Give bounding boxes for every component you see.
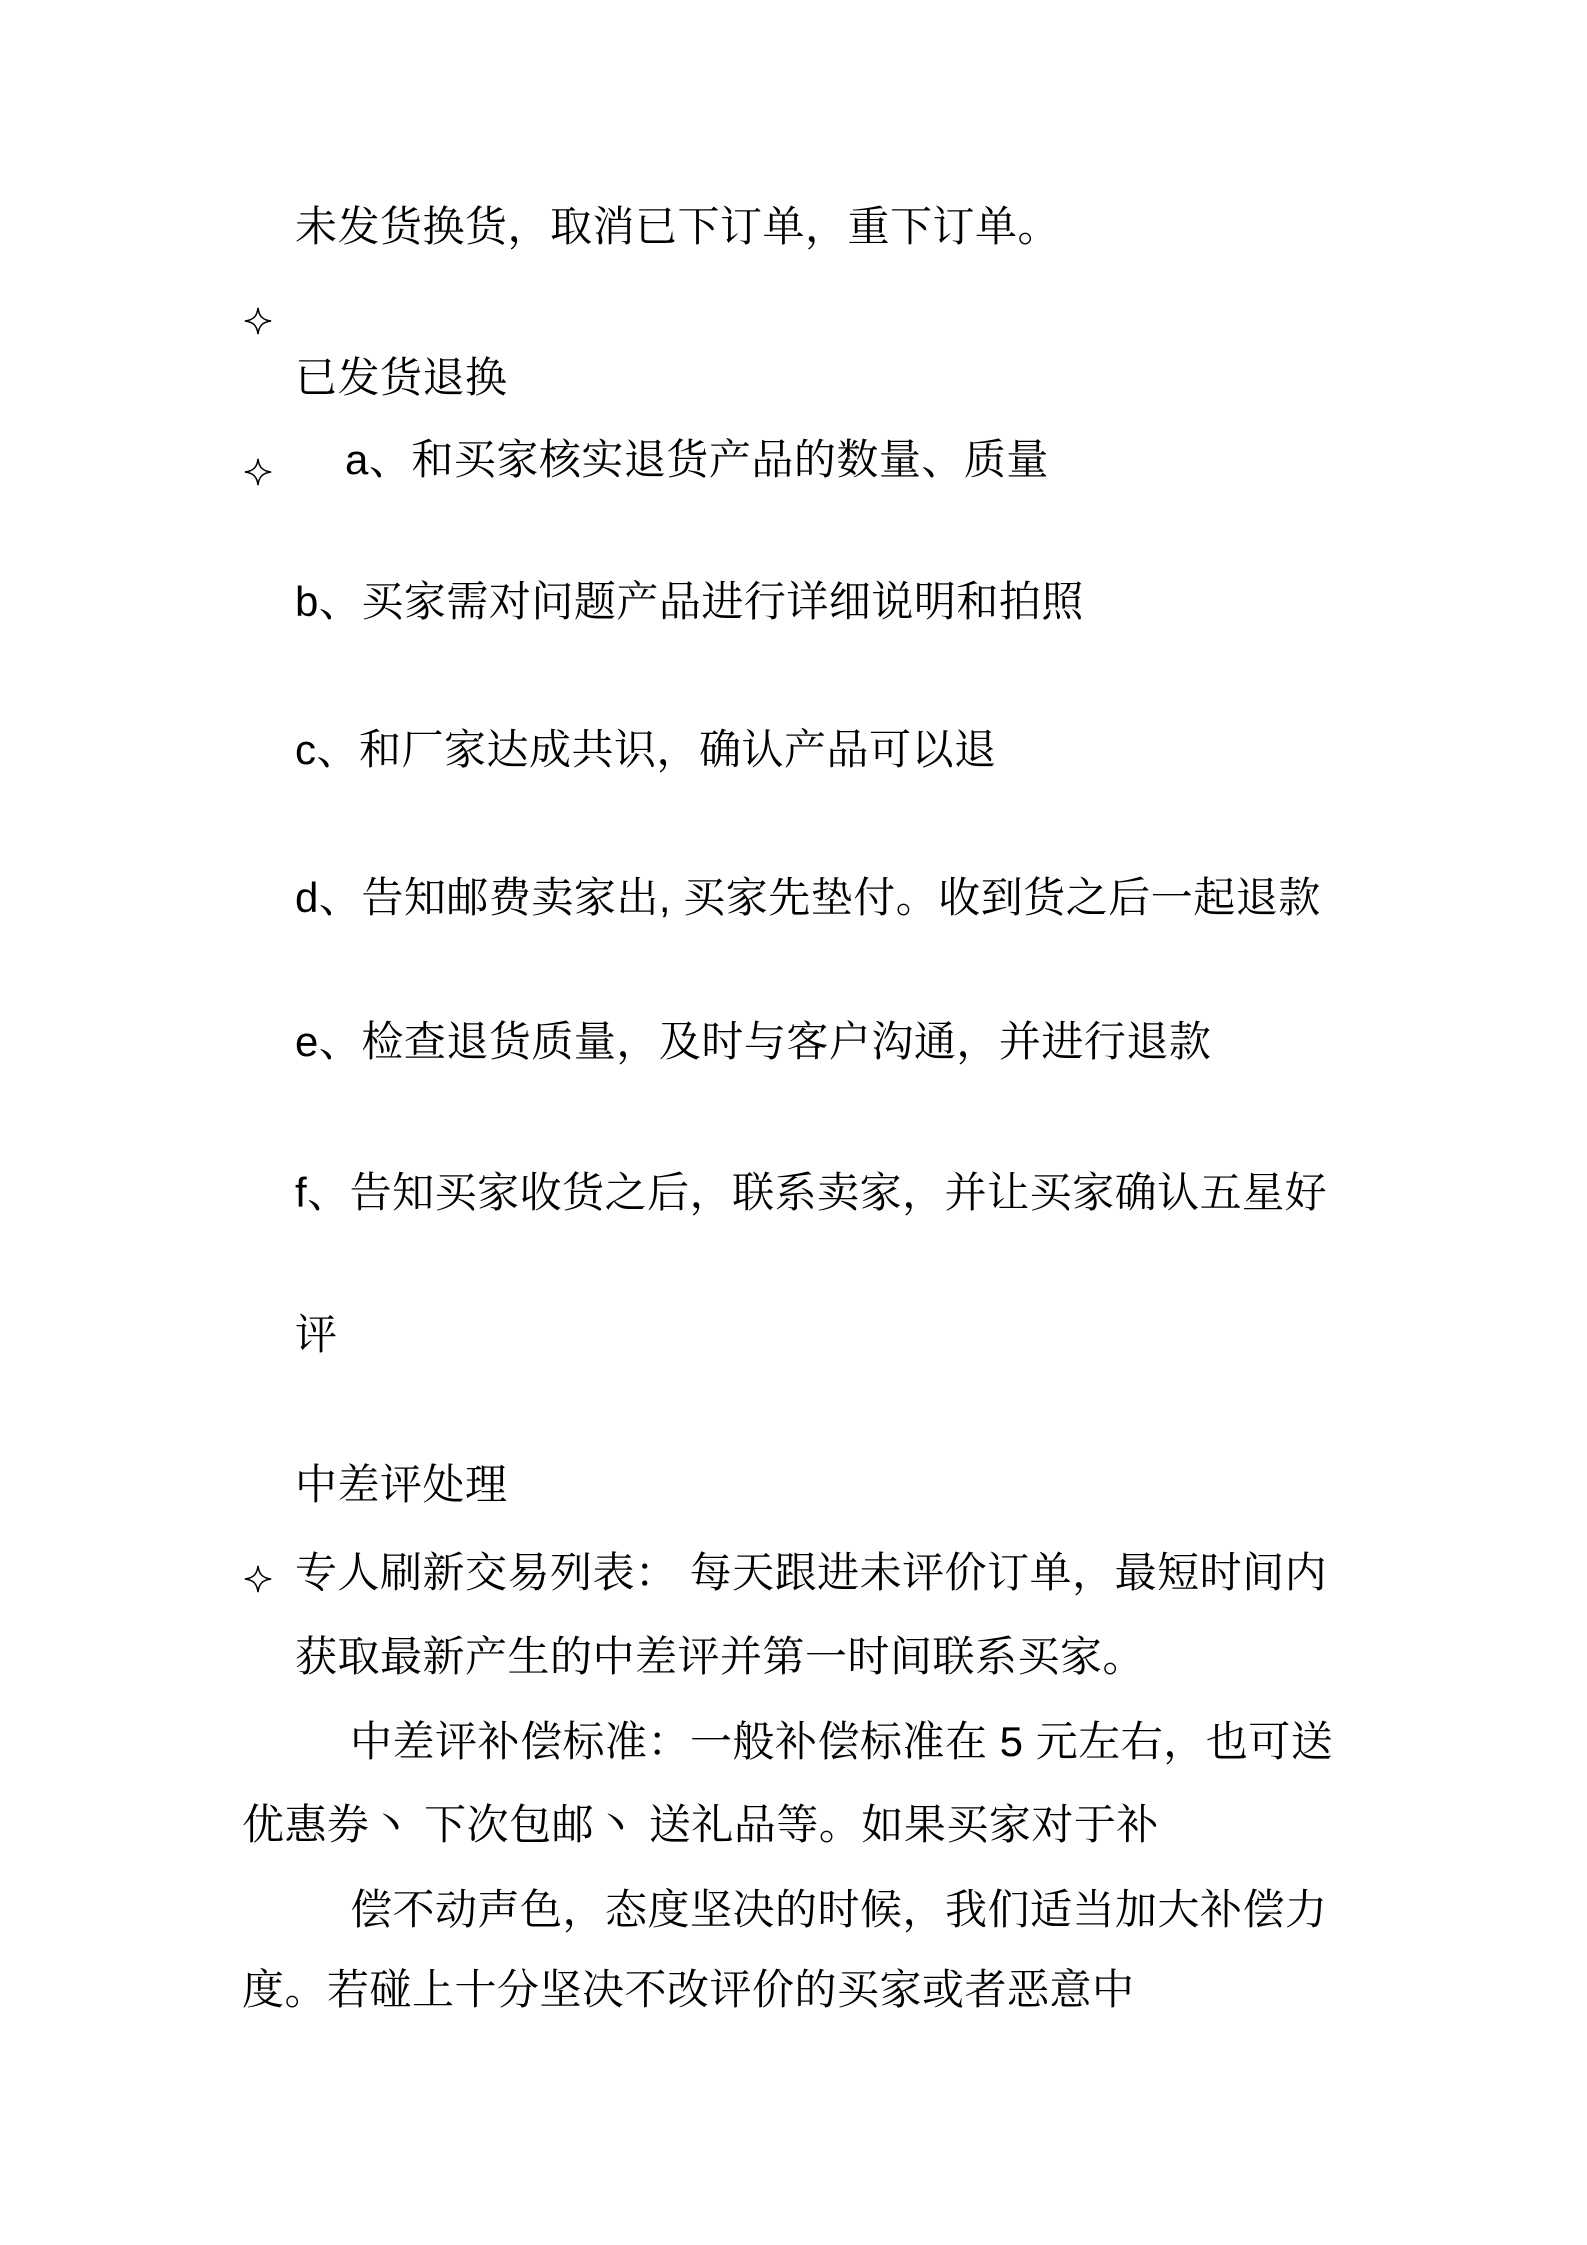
paragraph-line-3: 中差评补偿标准：一般补偿标准在 5 元左右，也可送 [350,1718,1333,1766]
paragraph-line-6: 度。若碰上十分坚决不改评价的买家或者恶意中 [242,1966,1135,2014]
bullet-item-text: 未发货换货，取消已下订单，重下订单。 [295,203,1060,251]
bullet-item-review-handling: 中差评处理 [243,1461,508,1509]
four-pointed-star-icon [243,1468,273,1498]
paragraph-line-4: 优惠券丶 下次包邮丶 送礼品等。如果买家对于补 [242,1801,1159,1849]
list-item-b: b、买家需对问题产品进行详细说明和拍照 [295,578,1084,626]
document-page: 未发货换货，取消已下订单，重下订单。 已发货退换 a、和买家核实退货产品的数量、… [0,0,1587,2245]
paragraph-line-1: 专人刷新交易列表： 每天跟进未评价订单，最短时间内 [295,1549,1327,1597]
paragraph-line-5: 偿不动声色，态度坚决的时候，我们适当加大补偿力 [350,1886,1328,1934]
list-item-c: c、和厂家达成共识，确认产品可以退 [295,726,997,774]
bullet-item-shipped-return: 已发货退换 [243,354,508,402]
four-pointed-star-icon [243,361,273,391]
list-item-d: d、告知邮费卖家出, 买家先垫付。收到货之后一起退款 [295,874,1321,922]
list-item-f-continuation: 评 [295,1311,338,1359]
list-item-e: e、检查退货质量，及时与客户沟通，并进行退款 [295,1018,1211,1066]
list-item-f: f、告知买家收货之后，联系卖家，并让买家确认五星好 [295,1169,1327,1217]
bullet-item-text: 中差评处理 [295,1461,508,1509]
four-pointed-star-icon [243,210,273,240]
bullet-item-text: 已发货退换 [295,354,508,402]
paragraph-line-2: 获取最新产生的中差评并第一时间联系买家。 [295,1633,1145,1681]
list-item-a: a、和买家核实退货产品的数量、质量 [345,436,1049,484]
bullet-item-unshipped-exchange: 未发货换货，取消已下订单，重下订单。 [243,203,1060,251]
